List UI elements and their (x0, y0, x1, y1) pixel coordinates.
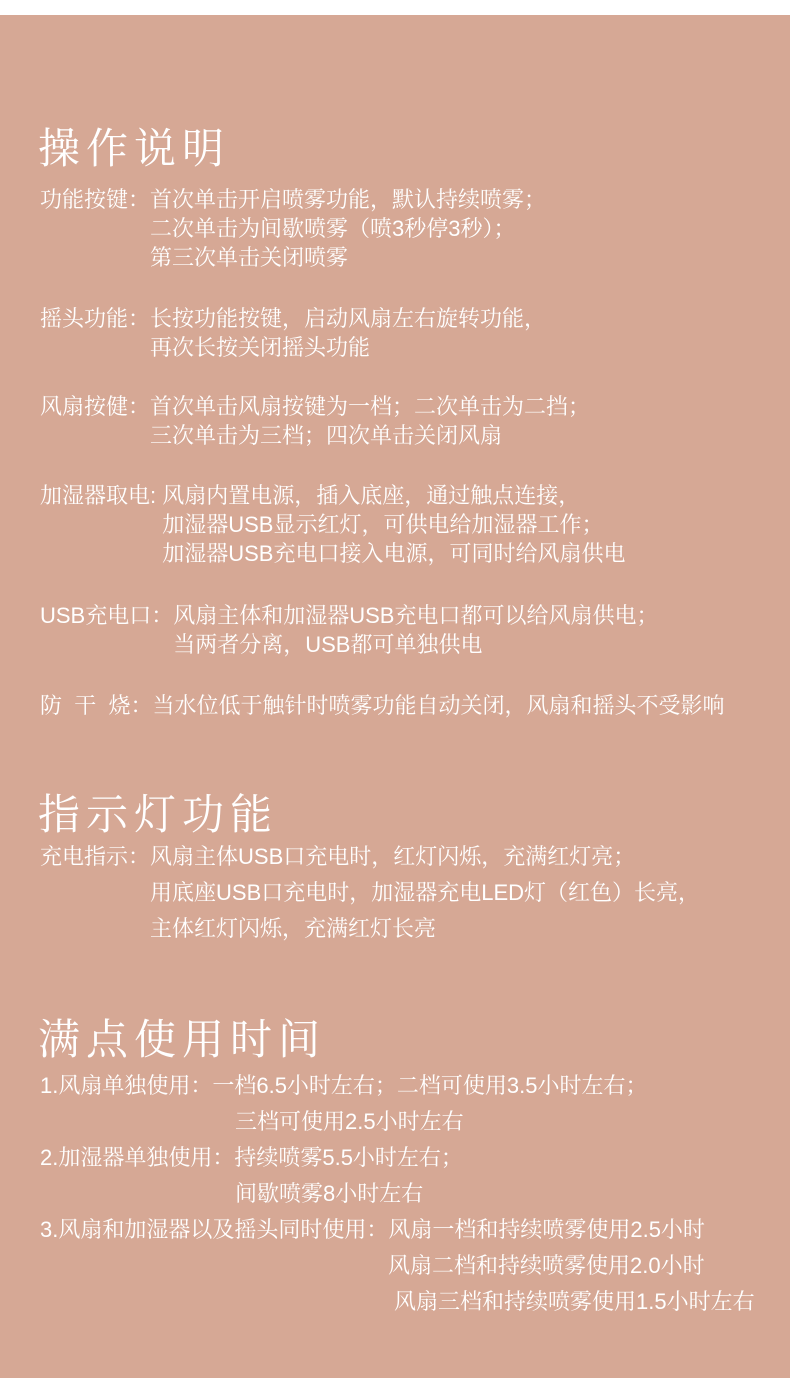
usage-time-line-humidifier-alone-cont: 间歇喷雾8小时左右 (235, 1176, 423, 1212)
block-label: USB充电口： (40, 601, 173, 630)
block-line: 当水位低于触针时喷雾功能自动关闭，风扇和摇头不受影响 (152, 691, 724, 720)
block-line: 二次单击为间歇喷雾（喷3秒停3秒）； (150, 214, 546, 243)
usage-time-line-fan-alone-cont: 三档可使用2.5小时左右 (235, 1104, 464, 1140)
block-line: 三次单击为三档；四次单击关闭风扇 (150, 421, 590, 450)
instruction-block-usb-port: USB充电口： 风扇主体和加湿器USB充电口都可以给风扇供电； 当两者分离，US… (40, 601, 659, 659)
block-line: 当两者分离，USB都可单独供电 (173, 630, 658, 659)
poster-background: 操作说明 功能按键： 首次单击开启喷雾功能，默认持续喷雾； 二次单击为间歇喷雾（… (0, 15, 790, 1378)
block-line: 第三次单击关闭喷雾 (150, 243, 546, 272)
block-lines: 首次单击风扇按键为一档；二次单击为二挡； 三次单击为三档；四次单击关闭风扇 (150, 392, 590, 450)
section-title-indicator-light: 指示灯功能 (38, 794, 278, 836)
block-line: 长按功能按键，启动风扇左右旋转功能， (150, 304, 546, 333)
usage-time-line-humidifier-alone: 2.加湿器单独使用：持续喷雾5.5小时左右； (40, 1140, 463, 1176)
block-line: 主体红灯闪烁，充满红灯长亮 (150, 911, 700, 947)
block-line: 风扇主体USB口充电时，红灯闪烁，充满红灯亮； (150, 839, 700, 875)
instruction-block-dry-burn-protection: 防 干 烧： 当水位低于触针时喷雾功能自动关闭，风扇和摇头不受影响 (40, 691, 724, 720)
block-lines: 风扇主体和加湿器USB充电口都可以给风扇供电； 当两者分离，USB都可单独供电 (173, 601, 658, 659)
block-label: 充电指示： (40, 839, 150, 875)
block-lines: 首次单击开启喷雾功能，默认持续喷雾； 二次单击为间歇喷雾（喷3秒停3秒）； 第三… (150, 185, 546, 272)
block-line: 再次长按关闭摇头功能 (150, 333, 546, 362)
instruction-block-humidifier-power: 加湿器取电: 风扇内置电源，插入底座，通过触点连接， 加湿器USB显示红灯，可供… (40, 481, 625, 568)
block-line: 风扇内置电源，插入底座，通过触点连接， (162, 481, 625, 510)
block-label: 加湿器取电: (40, 481, 162, 510)
block-label: 摇头功能： (40, 304, 150, 333)
block-lines: 长按功能按键，启动风扇左右旋转功能， 再次长按关闭摇头功能 (150, 304, 546, 362)
block-label: 风扇按健： (40, 392, 150, 421)
usage-time-line-fan-alone: 1.风扇单独使用：一档6.5小时左右；二档可使用3.5小时左右； (40, 1068, 648, 1104)
instruction-block-charge-indicator: 充电指示： 风扇主体USB口充电时，红灯闪烁，充满红灯亮； 用底座USB口充电时… (40, 839, 700, 947)
block-line: 加湿器USB显示红灯，可供电给加湿器工作； (162, 510, 625, 539)
usage-time-line-combined: 3.风扇和加湿器以及摇头同时使用：风扇一档和持续喷雾使用2.5小时 (40, 1212, 705, 1248)
block-lines: 风扇主体USB口充电时，红灯闪烁，充满红灯亮； 用底座USB口充电时，加湿器充电… (150, 839, 700, 947)
block-line: 加湿器USB充电口接入电源，可同时给风扇供电 (162, 539, 625, 568)
instruction-block-function-button: 功能按键： 首次单击开启喷雾功能，默认持续喷雾； 二次单击为间歇喷雾（喷3秒停3… (40, 185, 546, 272)
usage-time-line-combined-cont1: 风扇二档和持续喷雾使用2.0小时 (388, 1248, 705, 1284)
block-line: 首次单击开启喷雾功能，默认持续喷雾； (150, 185, 546, 214)
section-title-operation: 操作说明 (38, 128, 230, 170)
block-line: 风扇主体和加湿器USB充电口都可以给风扇供电； (173, 601, 658, 630)
block-label: 防 干 烧： (40, 691, 152, 720)
block-lines: 风扇内置电源，插入底座，通过触点连接， 加湿器USB显示红灯，可供电给加湿器工作… (162, 481, 625, 568)
instruction-block-fan-button: 风扇按健： 首次单击风扇按键为一档；二次单击为二挡； 三次单击为三档；四次单击关… (40, 392, 590, 450)
block-line: 用底座USB口充电时，加湿器充电LED灯（红色）长亮， (150, 875, 700, 911)
instruction-block-swing-function: 摇头功能： 长按功能按键，启动风扇左右旋转功能， 再次长按关闭摇头功能 (40, 304, 546, 362)
block-line: 首次单击风扇按键为一档；二次单击为二挡； (150, 392, 590, 421)
section-title-usage-time: 满点使用时间 (38, 1019, 326, 1061)
usage-time-line-combined-cont2: 风扇三档和持续喷雾使用1.5小时左右 (394, 1284, 755, 1320)
block-label: 功能按键： (40, 185, 150, 214)
block-lines: 当水位低于触针时喷雾功能自动关闭，风扇和摇头不受影响 (152, 691, 724, 720)
product-instruction-page: 操作说明 功能按键： 首次单击开启喷雾功能，默认持续喷雾； 二次单击为间歇喷雾（… (0, 0, 790, 1382)
